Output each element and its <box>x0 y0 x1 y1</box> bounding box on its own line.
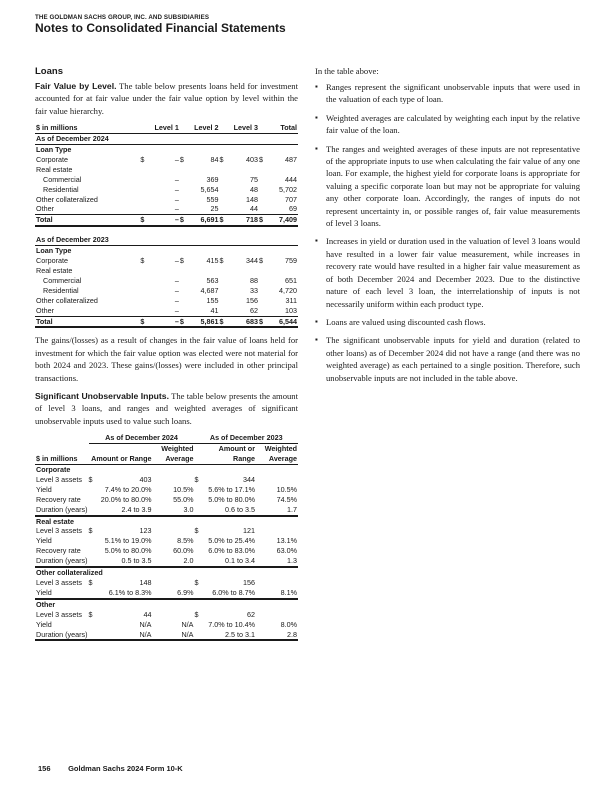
value: 6.0% to 83.0% <box>200 546 256 556</box>
spacer <box>35 226 140 235</box>
row-label: Yield <box>35 588 89 599</box>
group-label: Other <box>35 599 298 610</box>
value: – <box>146 175 180 185</box>
period-label: As of December 2024 <box>35 134 298 145</box>
value: 5,654 <box>186 185 220 195</box>
unit-header: $ in millions <box>35 444 89 465</box>
value: N/A <box>152 620 194 630</box>
value: – <box>146 155 180 165</box>
value: 103 <box>265 306 298 316</box>
value <box>152 578 194 588</box>
value: – <box>146 195 180 205</box>
para-lead: Fair Value by Level. <box>35 81 116 91</box>
note-bullet: The ranges and weighted averages of thes… <box>315 143 580 230</box>
value: 563 <box>186 276 220 286</box>
row-label: Real estate <box>35 266 140 276</box>
row-label: Level 3 assets <box>35 475 89 485</box>
value: 8.5% <box>152 536 194 546</box>
fair-value-by-level-table: $ in millions Level 1 Level 2 Level 3 To… <box>35 123 298 328</box>
col-header: Amount or Range <box>89 444 153 465</box>
value: 7.0% to 10.4% <box>200 620 256 630</box>
row-label: Other collateralized <box>35 195 140 205</box>
value: – <box>146 296 180 306</box>
row-label: Corporate <box>35 155 140 165</box>
value: 2.8 <box>256 630 298 641</box>
row-label: Residential <box>35 185 140 195</box>
row-label: Duration (years) <box>35 505 89 516</box>
value: 8.1% <box>256 588 298 599</box>
table-row: Level 3 assets$44$62 <box>35 610 298 620</box>
note-bullet: Weighted averages are calculated by weig… <box>315 112 580 137</box>
value: 1.3 <box>256 556 298 567</box>
value: 6.9% <box>152 588 194 599</box>
value <box>152 475 194 485</box>
value: 7,409 <box>265 215 298 226</box>
table-row: Real estate <box>35 266 298 276</box>
value: 1.7 <box>256 505 298 516</box>
value: 4,720 <box>265 286 298 296</box>
value: – <box>146 185 180 195</box>
group-label: Loan Type <box>35 145 298 155</box>
page-title: Notes to Consolidated Financial Statemen… <box>35 21 286 35</box>
bullets-intro: In the table above: <box>315 66 580 76</box>
fair-value-intro: Fair Value by Level. The table below pre… <box>35 80 298 117</box>
row-label: Yield <box>35 620 89 630</box>
table-row: Residential–5,654485,702 <box>35 185 298 195</box>
unobservable-inputs-intro: Significant Unobservable Inputs. The tab… <box>35 390 298 427</box>
value: 155 <box>186 296 220 306</box>
table-row: Level 3 assets$403$344 <box>35 475 298 485</box>
col-header: $ in millions <box>35 123 140 133</box>
value: 0.6 to 3.5 <box>200 505 256 516</box>
value: 369 <box>186 175 220 185</box>
page-number: 156 <box>38 764 66 773</box>
row-label: Other <box>35 204 140 214</box>
row-label: Duration (years) <box>35 630 89 641</box>
row-label: Residential <box>35 286 140 296</box>
table-row: Yield5.1% to 19.0%8.5%5.0% to 25.4%13.1% <box>35 536 298 546</box>
table-row: Other–254469 <box>35 204 298 214</box>
table-row: Yield7.4% to 20.0%10.5%5.6% to 17.1%10.5… <box>35 485 298 495</box>
empty <box>140 165 298 175</box>
value: 62 <box>225 306 259 316</box>
value: – <box>146 276 180 286</box>
row-label: Yield <box>35 536 89 546</box>
value: 44 <box>95 610 153 620</box>
value: 13.1% <box>256 536 298 546</box>
value <box>256 578 298 588</box>
value: 2.0 <box>152 556 194 567</box>
para-lead: Significant Unobservable Inputs. <box>35 391 169 401</box>
value: 156 <box>200 578 256 588</box>
value: 48 <box>225 185 259 195</box>
table-row: Recovery rate5.0% to 80.0%60.0%6.0% to 8… <box>35 546 298 556</box>
table-row: Yield6.1% to 8.3%6.9%6.0% to 8.7%8.1% <box>35 588 298 599</box>
value <box>256 610 298 620</box>
value: 33 <box>225 286 259 296</box>
company-name: THE GOLDMAN SACHS GROUP, INC. AND SUBSID… <box>35 14 286 21</box>
table-row: Residential–4,687334,720 <box>35 286 298 296</box>
page-header: THE GOLDMAN SACHS GROUP, INC. AND SUBSID… <box>35 14 286 35</box>
value: 75 <box>225 175 259 185</box>
value: 5,861 <box>186 316 220 327</box>
value <box>256 526 298 536</box>
col-header: Level 3 <box>219 123 259 133</box>
value: – <box>146 256 180 266</box>
group-label: Other collateralized <box>35 567 298 578</box>
value: 5,702 <box>265 185 298 195</box>
table-row: Duration (years)2.4 to 3.93.00.6 to 3.51… <box>35 505 298 516</box>
value: 6,544 <box>265 316 298 327</box>
value: 25 <box>186 204 220 214</box>
value: 44 <box>225 204 259 214</box>
page-footer: 156 Goldman Sachs 2024 Form 10-K <box>38 764 183 773</box>
value: 148 <box>95 578 153 588</box>
gains-losses-note: The gains/(losses) as a result of change… <box>35 334 298 384</box>
value: 63.0% <box>256 546 298 556</box>
table-row: Duration (years)0.5 to 3.52.00.1 to 3.41… <box>35 556 298 567</box>
value: 487 <box>265 155 298 165</box>
value <box>152 610 194 620</box>
row-label: Corporate <box>35 256 140 266</box>
value: 415 <box>186 256 220 266</box>
value: N/A <box>95 620 153 630</box>
empty <box>140 266 298 276</box>
value: 84 <box>186 155 220 165</box>
row-label: Duration (years) <box>35 556 89 567</box>
table-row: Commercial–36975444 <box>35 175 298 185</box>
value: 559 <box>186 195 220 205</box>
col-header: Weighted Average <box>152 444 194 465</box>
table-row: Level 3 assets$148$156 <box>35 578 298 588</box>
table-row: Corporate$–$84$403$487 <box>35 155 298 165</box>
row-label: Total <box>35 316 140 327</box>
table-row: YieldN/AN/A7.0% to 10.4%8.0% <box>35 620 298 630</box>
notes-list: Ranges represent the significant unobser… <box>315 81 580 384</box>
value: 718 <box>225 215 259 226</box>
value: 60.0% <box>152 546 194 556</box>
value: – <box>146 316 180 327</box>
right-column: In the table above: Ranges represent the… <box>315 66 580 390</box>
row-label: Recovery rate <box>35 546 89 556</box>
value: 444 <box>265 175 298 185</box>
row-label: Level 3 assets <box>35 610 89 620</box>
value: 683 <box>225 316 259 327</box>
row-label: Other collateralized <box>35 296 140 306</box>
value: 344 <box>200 475 256 485</box>
note-bullet: Loans are valued using discounted cash f… <box>315 316 580 328</box>
col-header: Level 1 <box>140 123 180 133</box>
value: 2.4 to 3.9 <box>95 505 153 516</box>
value: 62 <box>200 610 256 620</box>
value: 403 <box>225 155 259 165</box>
value: 5.0% to 80.0% <box>95 546 153 556</box>
table-row: Other collateralized–559148707 <box>35 195 298 205</box>
value: 5.1% to 19.0% <box>95 536 153 546</box>
table-row: Real estate <box>35 165 298 175</box>
table-row: Other collateralized–155156311 <box>35 296 298 306</box>
value: 0.1 to 3.4 <box>200 556 256 567</box>
table-row: Commercial–56388651 <box>35 276 298 286</box>
value: 55.0% <box>152 495 194 505</box>
value: 651 <box>265 276 298 286</box>
group-label: Corporate <box>35 465 298 475</box>
value: 3.0 <box>152 505 194 516</box>
value: N/A <box>95 630 153 641</box>
value: – <box>146 306 180 316</box>
row-label: Total <box>35 215 140 226</box>
table-row: Duration (years)N/AN/A2.5 to 3.12.8 <box>35 630 298 641</box>
note-bullet: The significant unobservable inputs for … <box>315 334 580 384</box>
row-label: Level 3 assets <box>35 526 89 536</box>
unobservable-inputs-table: As of December 2024 As of December 2023 … <box>35 433 298 641</box>
value: 311 <box>265 296 298 306</box>
value: 2.5 to 3.1 <box>200 630 256 641</box>
col-header: Amount or Range <box>194 444 256 465</box>
col-header: Weighted Average <box>256 444 298 465</box>
value: 7.4% to 20.0% <box>95 485 153 495</box>
row-label: Commercial <box>35 175 140 185</box>
value: 88 <box>225 276 259 286</box>
col-header: Total <box>259 123 298 133</box>
row-label: Level 3 assets <box>35 578 89 588</box>
value <box>256 475 298 485</box>
value: 344 <box>225 256 259 266</box>
value: N/A <box>152 630 194 641</box>
value: 148 <box>225 195 259 205</box>
value: 6.0% to 8.7% <box>200 588 256 599</box>
row-label: Recovery rate <box>35 495 89 505</box>
value: 8.0% <box>256 620 298 630</box>
value: 6.1% to 8.3% <box>95 588 153 599</box>
value: – <box>146 286 180 296</box>
value: 156 <box>225 296 259 306</box>
left-column: Loans Fair Value by Level. The table bel… <box>35 66 298 641</box>
table-row: Recovery rate20.0% to 80.0%55.0%5.0% to … <box>35 495 298 505</box>
document-name: Goldman Sachs 2024 Form 10-K <box>68 764 183 773</box>
period-header: As of December 2023 <box>194 433 298 443</box>
value: 5.0% to 25.4% <box>200 536 256 546</box>
value: 403 <box>95 475 153 485</box>
value: 759 <box>265 256 298 266</box>
value <box>152 526 194 536</box>
col-header: Level 2 <box>180 123 220 133</box>
value: – <box>146 215 180 226</box>
row-label: Other <box>35 306 140 316</box>
row-label: Yield <box>35 485 89 495</box>
value: 123 <box>95 526 153 536</box>
value: 10.5% <box>152 485 194 495</box>
value: 5.6% to 17.1% <box>200 485 256 495</box>
row-label: Real estate <box>35 165 140 175</box>
value: 707 <box>265 195 298 205</box>
value: 0.5 to 3.5 <box>95 556 153 567</box>
period-header: As of December 2024 <box>89 433 195 443</box>
group-label: Loan Type <box>35 246 298 256</box>
period-label: As of December 2023 <box>35 235 298 245</box>
note-bullet: Ranges represent the significant unobser… <box>315 81 580 106</box>
value: – <box>146 204 180 214</box>
value: 10.5% <box>256 485 298 495</box>
table-row: Other–4162103 <box>35 306 298 316</box>
value: 5.0% to 80.0% <box>200 495 256 505</box>
value: 121 <box>200 526 256 536</box>
table-row: Corporate$–$415$344$759 <box>35 256 298 266</box>
value: 74.5% <box>256 495 298 505</box>
section-title: Loans <box>35 66 298 77</box>
value: 4,687 <box>186 286 220 296</box>
value: 20.0% to 80.0% <box>95 495 153 505</box>
table-row: Level 3 assets$123$121 <box>35 526 298 536</box>
note-bullet: Increases in yield or duration used in t… <box>315 235 580 309</box>
value: 69 <box>265 204 298 214</box>
group-label: Real estate <box>35 516 298 527</box>
row-label: Commercial <box>35 276 140 286</box>
value: 6,691 <box>186 215 220 226</box>
value: 41 <box>186 306 220 316</box>
